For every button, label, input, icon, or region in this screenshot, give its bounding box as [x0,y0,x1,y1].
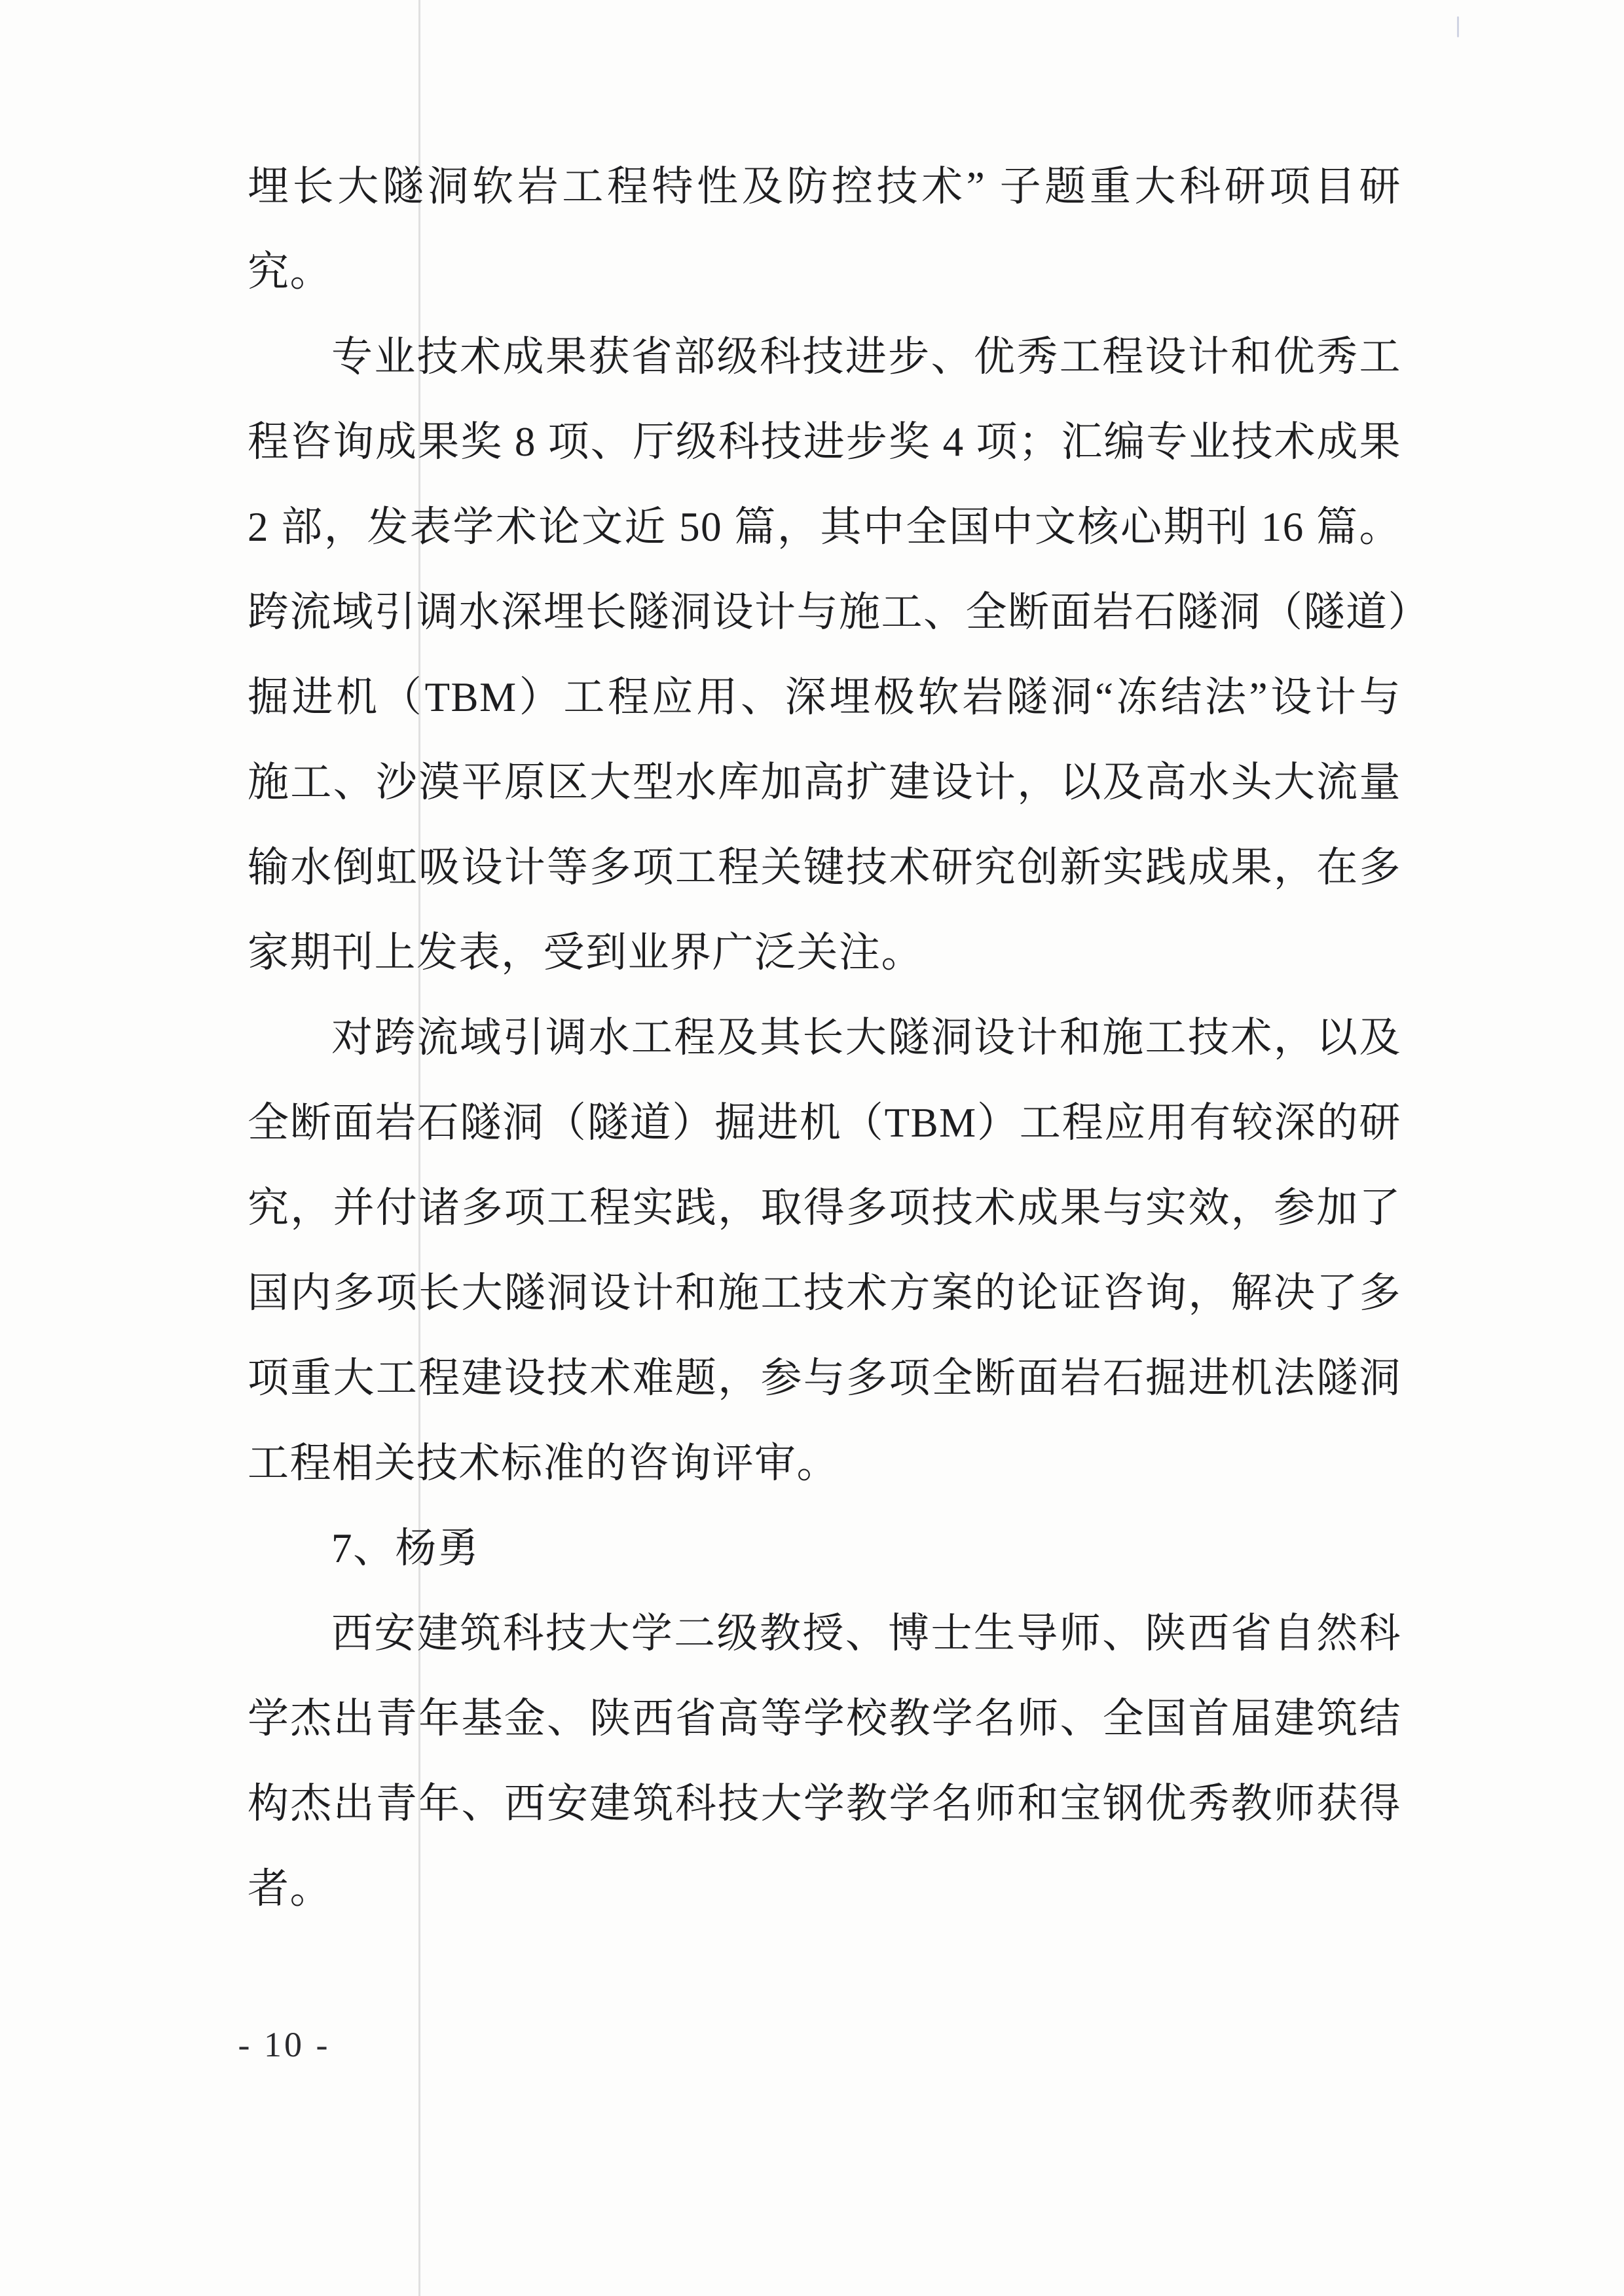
scan-artifact-corner-mark [1457,16,1459,37]
text-line: 输水倒虹吸设计等多项工程关键技术研究创新实践成果，在多 [248,825,1401,910]
text-line: 2 部，发表学术论文近 50 篇，其中全国中文核心期刊 16 篇。 [248,484,1401,570]
text-line: 掘进机（TBM）工程应用、深埋极软岩隧洞“冻结法”设计与 [248,655,1401,740]
text-line: 家期刊上发表，受到业界广泛关注。 [248,910,1401,995]
text-line: 者。 [248,1846,1401,1931]
text-line: 西安建筑科技大学二级教授、博士生导师、陕西省自然科 [248,1591,1401,1676]
document-page: 埋长大隧洞软岩工程特性及防控技术” 子题重大科研项目研究。专业技术成果获省部级科… [0,0,1624,2296]
text-line: 构杰出青年、西安建筑科技大学教学名师和宝钢优秀教师获得 [248,1761,1401,1846]
text-line: 专业技术成果获省部级科技进步、优秀工程设计和优秀工 [248,314,1401,399]
text-line: 学杰出青年基金、陕西省高等学校教学名师、全国首届建筑结 [248,1676,1401,1761]
text-line: 对跨流域引调水工程及其长大隧洞设计和施工技术，以及 [248,995,1401,1080]
text-line: 全断面岩石隧洞（隧道）掘进机（TBM）工程应用有较深的研 [248,1080,1401,1165]
text-line: 埋长大隧洞软岩工程特性及防控技术” 子题重大科研项目研 [248,144,1401,229]
text-line: 7、杨勇 [248,1506,1401,1591]
text-line: 国内多项长大隧洞设计和施工技术方案的论证咨询，解决了多 [248,1250,1401,1336]
text-line: 究，并付诸多项工程实践，取得多项技术成果与实效，参加了 [248,1165,1401,1250]
text-line: 究。 [248,229,1401,314]
text-line: 项重大工程建设技术难题，参与多项全断面岩石掘进机法隧洞 [248,1336,1401,1421]
page-number: - 10 - [225,2022,343,2068]
text-line: 跨流域引调水深埋长隧洞设计与施工、全断面岩石隧洞（隧道） [248,570,1401,655]
text-line: 程咨询成果奖 8 项、厅级科技进步奖 4 项；汇编专业技术成果 [248,399,1401,484]
document-text-block: 埋长大隧洞软岩工程特性及防控技术” 子题重大科研项目研究。专业技术成果获省部级科… [248,144,1401,1931]
text-line: 施工、沙漠平原区大型水库加高扩建设计，以及高水头大流量 [248,740,1401,825]
text-line: 工程相关技术标准的咨询评审。 [248,1421,1401,1506]
